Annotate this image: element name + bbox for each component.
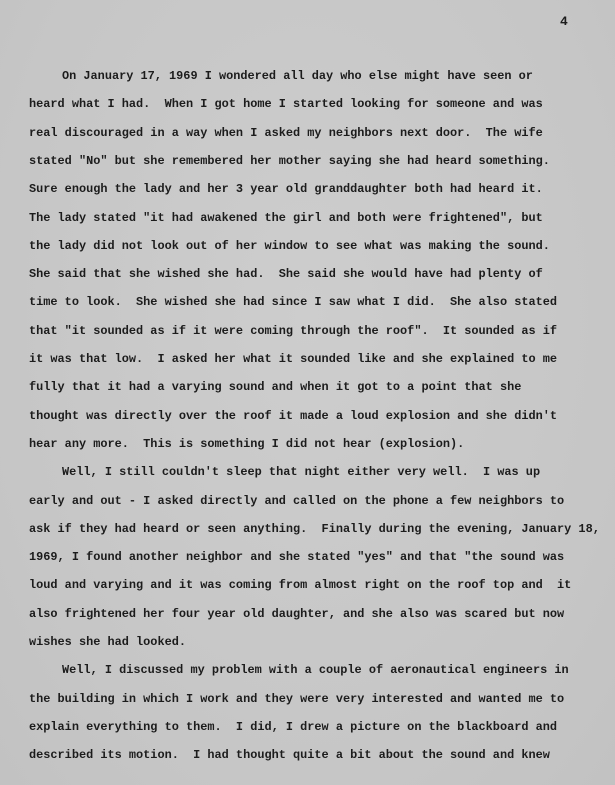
text-line: early and out - I asked directly and cal… [29, 494, 564, 508]
text-line: loud and varying and it was coming from … [29, 578, 571, 592]
text-line: 1969, I found another neighbor and she s… [29, 550, 564, 564]
document-page: 4 On January 17, 1969 I wondered all day… [0, 0, 615, 785]
text-line: that "it sounded as if it were coming th… [29, 324, 557, 338]
text-line: time to look. She wished she had since I… [29, 295, 557, 309]
text-line: stated "No" but she remembered her mothe… [29, 154, 550, 168]
text-line: The lady stated "it had awakened the gir… [29, 211, 543, 225]
text-line: She said that she wished she had. She sa… [29, 267, 543, 281]
text-line: the building in which I work and they we… [29, 692, 564, 706]
text-line: thought was directly over the roof it ma… [29, 409, 557, 423]
text-line: also frightened her four year old daught… [29, 607, 564, 621]
page-number: 4 [560, 14, 568, 29]
text-line: explain everything to them. I did, I dre… [29, 720, 557, 734]
text-line: described its motion. I had thought quit… [29, 748, 550, 762]
text-line: Sure enough the lady and her 3 year old … [29, 182, 543, 196]
text-line: real discouraged in a way when I asked m… [29, 126, 543, 140]
text-line: it was that low. I asked her what it sou… [29, 352, 557, 366]
text-line: Well, I still couldn't sleep that night … [62, 465, 540, 479]
text-line: heard what I had. When I got home I star… [29, 97, 543, 111]
text-line: wishes she had looked. [29, 635, 186, 649]
text-line: hear any more. This is something I did n… [29, 437, 464, 451]
text-line: Well, I discussed my problem with a coup… [62, 663, 569, 677]
text-line: fully that it had a varying sound and wh… [29, 380, 521, 394]
text-line: the lady did not look out of her window … [29, 239, 550, 253]
text-line: On January 17, 1969 I wondered all day w… [62, 69, 533, 83]
text-line: ask if they had heard or seen anything. … [29, 522, 600, 536]
